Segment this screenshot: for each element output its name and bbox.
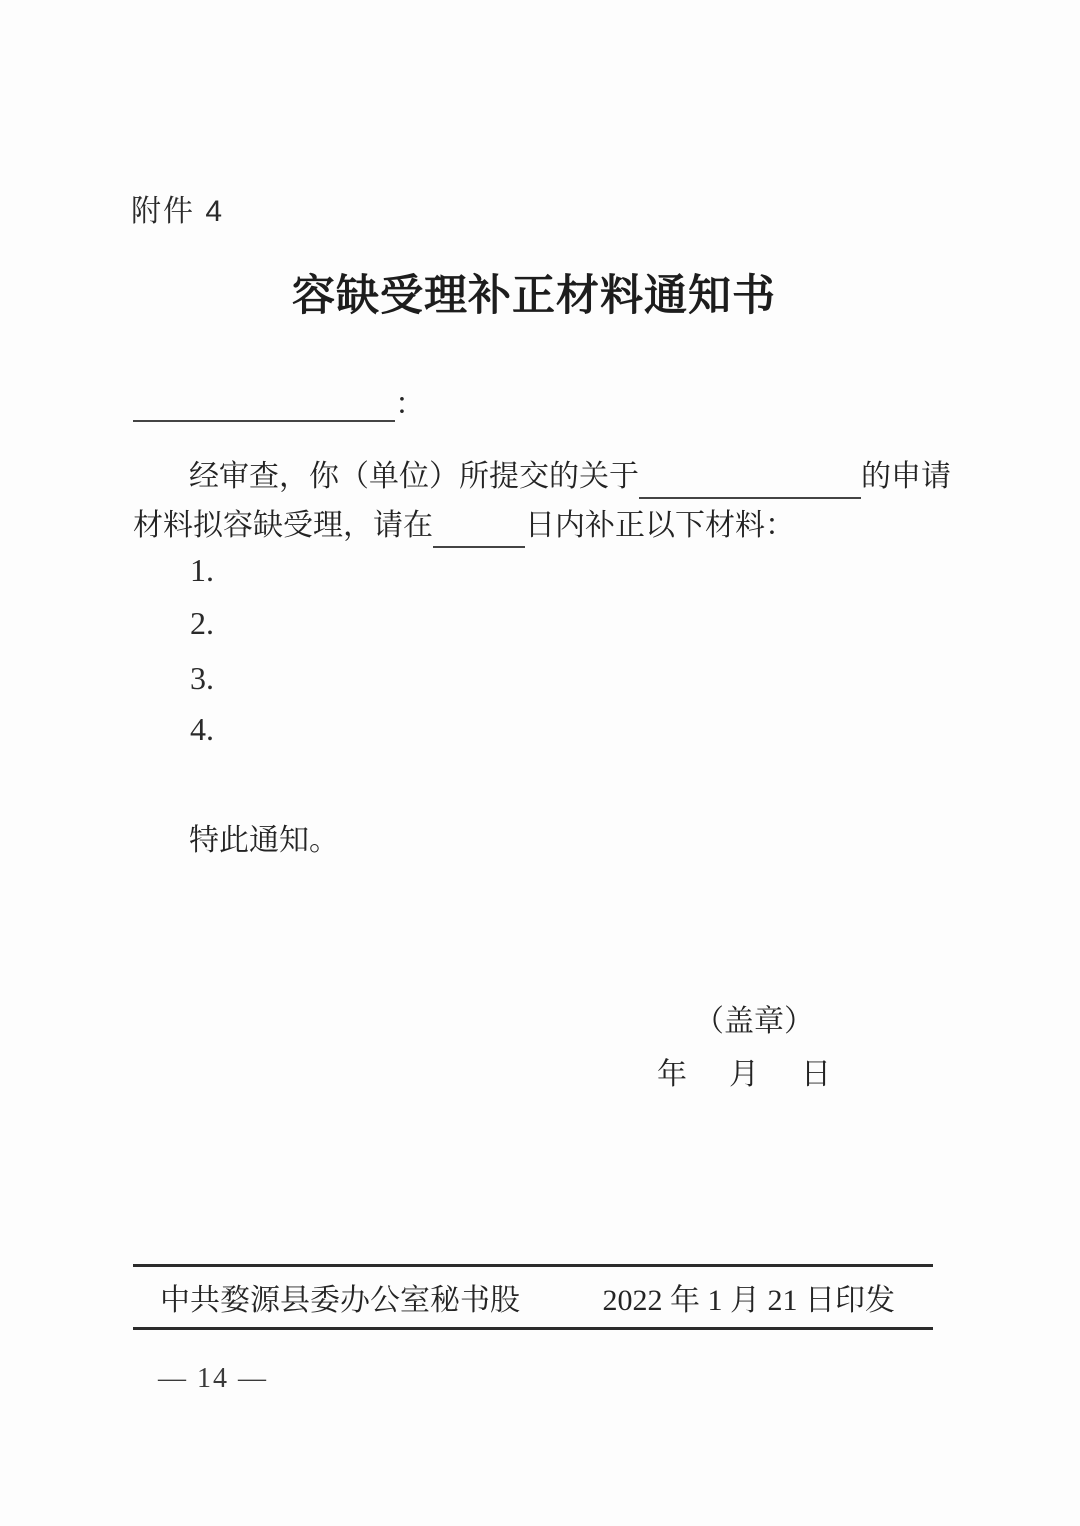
colophon-box: 中共婺源县委办公室秘书股 2022 年 1 月 21 日印发 bbox=[133, 1264, 933, 1330]
body-paragraph-line-1: 经审查，你（单位）所提交的关于的申请 bbox=[133, 455, 951, 499]
paragraph-text-before-subject: 经审查，你（单位）所提交的关于 bbox=[189, 460, 639, 493]
date-year-label: 年 bbox=[657, 1049, 687, 1093]
date-line: 年 月 日 bbox=[657, 1049, 831, 1093]
body-paragraph-line-2: 材料拟容缺受理，请在日内补正以下材料： bbox=[133, 504, 795, 548]
closing-statement: 特此通知。 bbox=[189, 815, 339, 859]
attachment-label: 附件 4 bbox=[131, 186, 224, 230]
list-item-4: 4. bbox=[190, 711, 214, 748]
paragraph-text-before-days: 材料拟容缺受理，请在 bbox=[133, 509, 433, 542]
print-date-label: 2022 年 1 月 21 日印发 bbox=[603, 1275, 896, 1319]
list-item-3: 3. bbox=[190, 660, 214, 697]
issuing-office-label: 中共婺源县委办公室秘书股 bbox=[160, 1275, 520, 1319]
addressee-blank-line bbox=[133, 390, 395, 422]
date-month-label: 月 bbox=[729, 1049, 759, 1093]
paragraph-text-after-days: 日内补正以下材料： bbox=[525, 509, 795, 542]
paragraph-text-after-subject: 的申请 bbox=[861, 460, 951, 493]
date-day-label: 日 bbox=[801, 1049, 831, 1093]
days-blank-line bbox=[433, 516, 525, 548]
seal-placeholder-label: （盖章） bbox=[694, 996, 814, 1040]
list-item-2: 2. bbox=[190, 605, 214, 642]
subject-blank-line bbox=[639, 467, 861, 499]
addressee-line: ： bbox=[133, 388, 425, 422]
addressee-colon: ： bbox=[395, 388, 425, 421]
document-title: 容缺受理补正材料通知书 bbox=[133, 262, 935, 323]
page-number: — 14 — bbox=[158, 1363, 268, 1395]
scanned-notice-page: 附件 4 容缺受理补正材料通知书 ： 经审查，你（单位）所提交的关于的申请 材料… bbox=[0, 0, 1080, 1526]
list-item-1: 1. bbox=[190, 552, 214, 589]
